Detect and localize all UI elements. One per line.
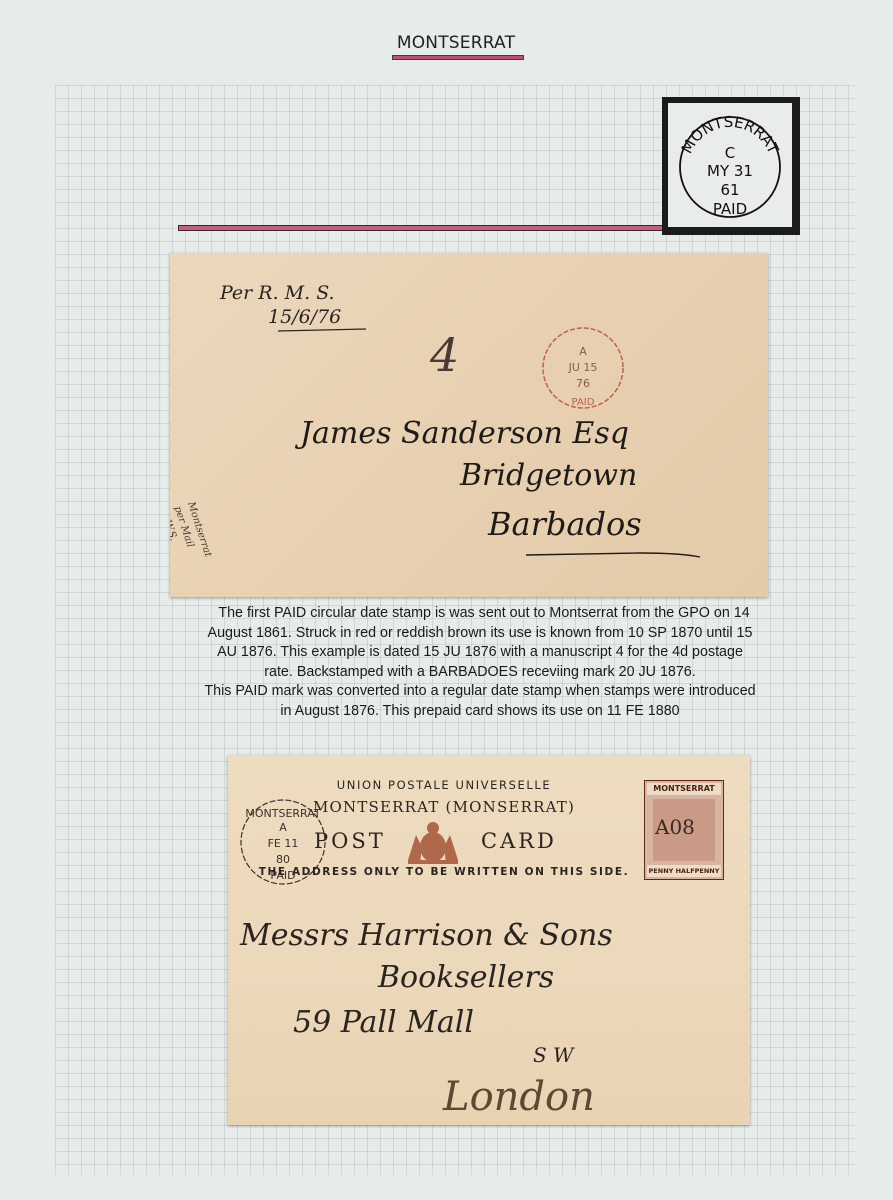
prepaid-postcard: UNION POSTALE UNIVERSELLE MONTSERRAT (MO…: [228, 755, 750, 1125]
envelope-cover: Per R. M. S. 15/6/76 4 A JU 15 76 PAID J…: [170, 253, 768, 597]
manuscript-date: 15/6/76: [268, 306, 341, 328]
svg-text:FE 11: FE 11: [268, 837, 299, 850]
address-line-city: London: [442, 1074, 595, 1120]
svg-text:76: 76: [576, 377, 590, 390]
caption-line: The first PAID circular date stamp is wa…: [160, 604, 800, 624]
red-paid-postmark-icon: A JU 15 76 PAID: [543, 328, 623, 408]
svg-text:PAID: PAID: [572, 397, 595, 408]
stamp-obliterator: A08: [655, 815, 695, 839]
address-line-street: 59 Pall Mall: [293, 1005, 474, 1040]
cancel-line3: 61: [720, 181, 739, 199]
paid-postmark-icon: MONTSERRAT C MY 31 61 PAID: [668, 103, 792, 227]
manuscript-route: Per R. M. S.: [219, 282, 335, 304]
svg-text:80: 80: [276, 853, 290, 866]
cancel-line1: C: [725, 144, 735, 162]
address-instruction: THE ADDRESS ONLY TO BE WRITTEN ON THIS S…: [183, 866, 705, 878]
svg-text:JU 15: JU 15: [568, 361, 598, 374]
caption-line: This PAID mark was converted into a regu…: [160, 682, 800, 702]
address-line-name: James Sanderson Esq: [294, 416, 629, 451]
svg-text:A: A: [579, 345, 587, 358]
caption-line: in August 1876. This prepaid card shows …: [160, 702, 800, 722]
svg-text:A: A: [279, 821, 287, 834]
cancellation-illustration: MONTSERRAT C MY 31 61 PAID: [662, 97, 800, 235]
imprinted-stamp: MONTSERRAT A08 PENNY HALFPENNY: [644, 780, 724, 880]
cancellation-frame: MONTSERRAT C MY 31 61 PAID: [668, 103, 792, 227]
stamp-value: PENNY HALFPENNY: [647, 865, 721, 877]
svg-text:MONTSERRAT: MONTSERRAT: [245, 807, 321, 820]
caption-line: AU 1876. This example is dated 15 JU 187…: [160, 643, 800, 663]
caption-line: August 1861. Struck in red or reddish br…: [160, 624, 800, 644]
royal-arms-icon: [408, 822, 458, 864]
page-title: MONTSERRAT: [0, 33, 893, 53]
cancel-bottom-arc: PAID: [713, 200, 747, 218]
side-note: Montserrat per Mail W.S.: [170, 500, 214, 568]
address-line-district: S W: [533, 1043, 575, 1067]
decorative-rule: [178, 225, 670, 231]
address-line-town: Bridgetown: [459, 458, 637, 493]
title-underline: [392, 55, 524, 60]
card-label: CARD: [481, 829, 557, 853]
manuscript-rate: 4: [429, 328, 459, 382]
cancel-line2: MY 31: [707, 162, 753, 180]
address-line-addressee: Messrs Harrison & Sons: [239, 918, 613, 953]
caption-line: rate. Backstamped with a BARBADOES recev…: [160, 663, 800, 683]
stamp-country: MONTSERRAT: [647, 783, 721, 795]
address-line-country: Barbados: [487, 505, 642, 543]
address-line-trade: Booksellers: [377, 960, 554, 995]
description-caption: The first PAID circular date stamp is wa…: [160, 604, 800, 721]
